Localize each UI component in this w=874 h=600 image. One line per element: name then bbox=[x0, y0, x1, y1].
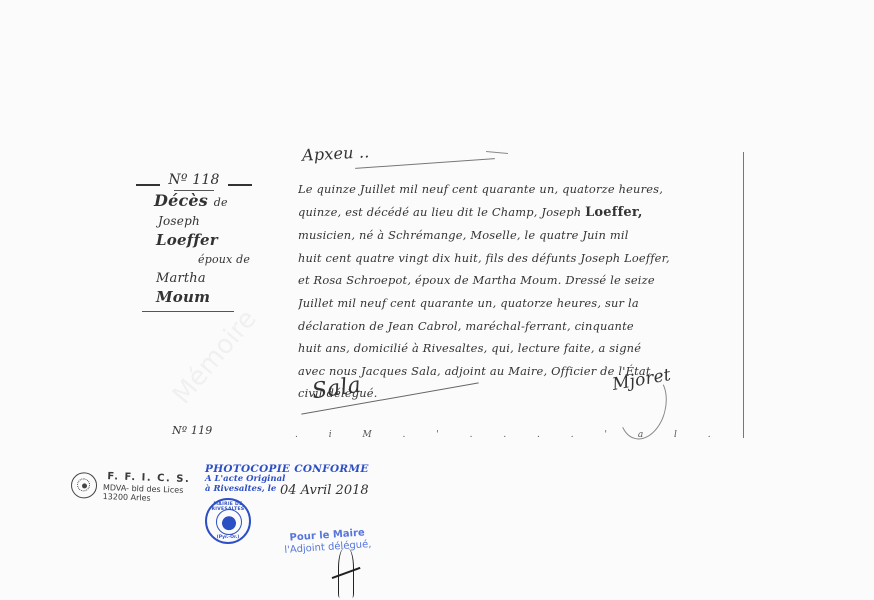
body-line: Le quinze Juillet mil neuf cent quarante… bbox=[298, 178, 743, 201]
body-line: musicien, né à Schrémange, Moselle, le q… bbox=[298, 224, 743, 247]
wheel-logo-icon bbox=[71, 472, 98, 499]
body-line: déclaration de Jean Cabrol, maréchal-fer… bbox=[298, 315, 743, 338]
scribble-stroke bbox=[486, 151, 508, 154]
ffics-stamp: F. F. I. C. S. MDVA- bld des Lices 13200… bbox=[71, 470, 191, 504]
deceased-first-name: Joseph bbox=[158, 212, 254, 231]
divider bbox=[142, 311, 234, 312]
header-scribble: Apxeu .. bbox=[302, 142, 370, 165]
ffics-text: F. F. I. C. S. MDVA- bld des Lices 13200… bbox=[102, 471, 190, 504]
deceased-last-name: Loeffer bbox=[156, 231, 254, 250]
divider bbox=[136, 184, 160, 186]
spouse-label: époux de bbox=[198, 250, 254, 269]
body-line-text: quinze, est décédé au lieu dit le Champ,… bbox=[298, 205, 585, 219]
body-line: huit ans, domicilié à Rivesaltes, qui, l… bbox=[298, 337, 743, 360]
body-line: quinze, est décédé au lieu dit le Champ,… bbox=[298, 201, 743, 225]
page-margin-rule bbox=[743, 152, 744, 438]
spouse-first-name: Martha bbox=[156, 269, 254, 288]
entry-number: Nº 118 bbox=[168, 172, 219, 188]
entry-number-row: Nº 118 bbox=[134, 172, 254, 188]
spouse-last-name: Moum bbox=[156, 288, 254, 307]
seal-bottom-text: (Pyr.-Or.) bbox=[207, 535, 249, 540]
record-type: Décès de bbox=[154, 191, 254, 212]
watermark: Mémoire bbox=[167, 304, 263, 410]
body-line: Juillet mil neuf cent quarante un, quato… bbox=[298, 292, 743, 315]
certification-date: 04 Avril 2018 bbox=[280, 483, 369, 498]
body-line: huit cent quatre vingt dix huit, fils de… bbox=[298, 247, 743, 270]
next-entry-number: Nº 119 bbox=[172, 424, 213, 437]
body-line: et Rosa Schroepot, époux de Martha Moum.… bbox=[298, 269, 743, 292]
record-type-suffix: de bbox=[214, 196, 228, 209]
scribble-stroke bbox=[355, 158, 495, 169]
divider bbox=[228, 184, 252, 186]
seal-emblem-icon bbox=[216, 509, 242, 535]
maire-stamp: Pour le Maire l'Adjoint délégué, bbox=[283, 527, 372, 557]
municipal-seal-icon: MAIRIE DE RIVESALTES (Pyr.-Or.) bbox=[205, 498, 251, 544]
record-type-label: Décès bbox=[154, 191, 208, 210]
record-body: Le quinze Juillet mil neuf cent quarante… bbox=[298, 178, 743, 405]
adjoint-signature bbox=[338, 548, 354, 598]
deceased-name-emphasis: Loeffer, bbox=[585, 205, 643, 220]
body-line: avec nous Jacques Sala, adjoint au Maire… bbox=[298, 360, 743, 383]
margin-annotation: Nº 118 Décès de Joseph Loeffer époux de … bbox=[134, 172, 254, 312]
next-entry-partial-text: . i M . ' . . . . ' a l . a l aue bbox=[295, 430, 725, 440]
